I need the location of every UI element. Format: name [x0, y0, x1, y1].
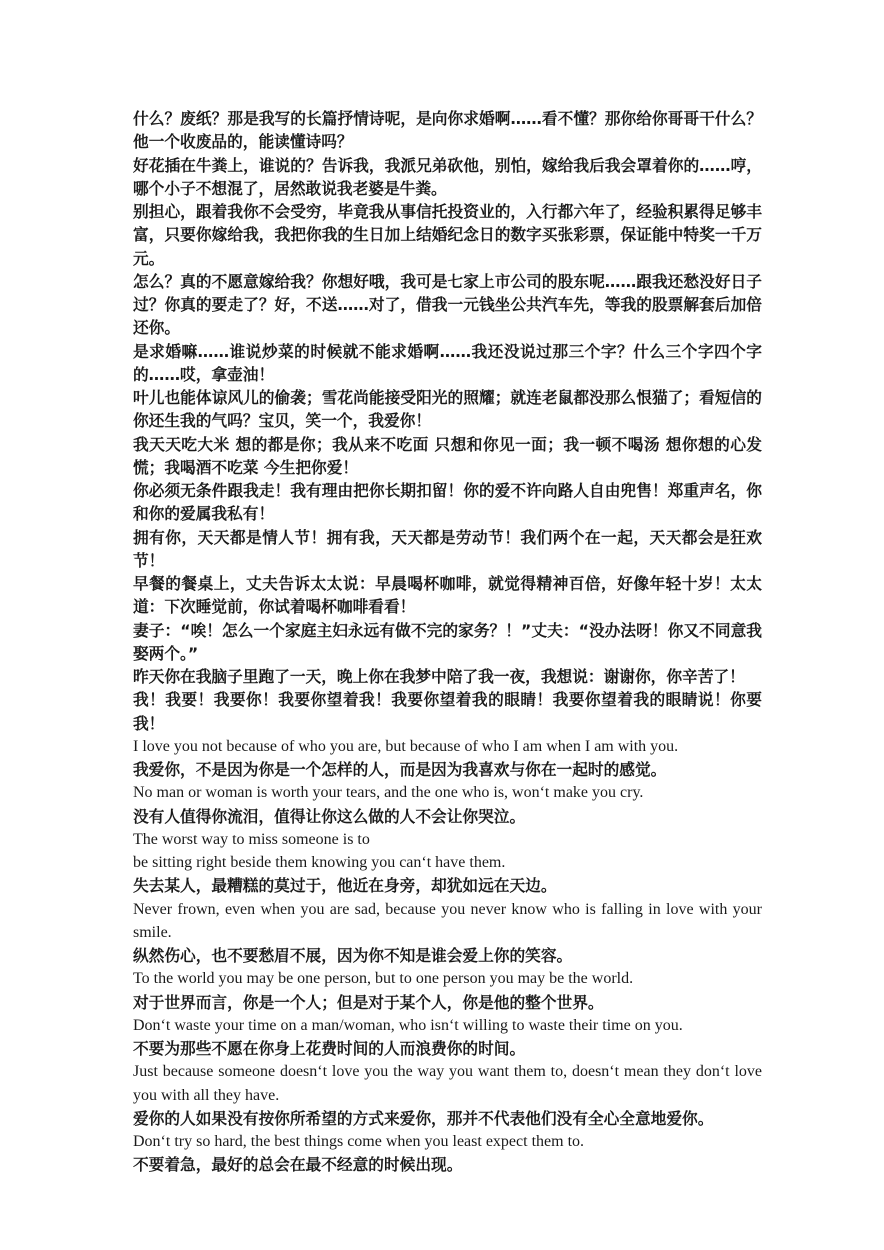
- paragraph: Don‘t waste your time on a man/woman, wh…: [133, 1014, 762, 1037]
- paragraph: 不要着急，最好的总会在最不经意的时候出现。: [133, 1153, 762, 1176]
- paragraph: 爱你的人如果没有按你所希望的方式来爱你，那并不代表他们没有全心全意地爱你。: [133, 1107, 762, 1130]
- paragraph: No man or woman is worth your tears, and…: [133, 781, 762, 804]
- paragraph: I love you not because of who you are, b…: [133, 735, 762, 758]
- paragraph: 妻子：“唉！怎么一个家庭主妇永远有做不完的家务？！”丈夫：“没办法呀！你又不同意…: [133, 619, 762, 666]
- paragraph: Don‘t try so hard, the best things come …: [133, 1130, 762, 1153]
- paragraph: 什么？废纸？那是我写的长篇抒情诗呢，是向你求婚啊……看不懂？那你给你哥哥干什么？…: [133, 107, 762, 154]
- paragraph: 你必须无条件跟我走！我有理由把你长期扣留！你的爱不许向路人自由兜售！郑重声名，你…: [133, 479, 762, 526]
- paragraph: 好花插在牛粪上，谁说的？告诉我，我派兄弟砍他，别怕，嫁给我后我会罩着你的……哼，…: [133, 154, 762, 201]
- paragraph: Never frown, even when you are sad, beca…: [133, 898, 762, 945]
- paragraph: 怎么？真的不愿意嫁给我？你想好哦，我可是七家上市公司的股东呢……跟我还愁没好日子…: [133, 270, 762, 340]
- paragraph: Just because someone doesn‘t love you th…: [133, 1060, 762, 1107]
- paragraph: 没有人值得你流泪，值得让你这么做的人不会让你哭泣。: [133, 805, 762, 828]
- paragraph: 别担心，跟着我你不会受穷，毕竟我从事信托投资业的，入行都六年了，经验积累得足够丰…: [133, 200, 762, 270]
- paragraph: 我！我要！我要你！我要你望着我！我要你望着我的眼睛！我要你望着我的眼睛说！你要我…: [133, 688, 762, 735]
- document-page: 什么？废纸？那是我写的长篇抒情诗呢，是向你求婚啊……看不懂？那你给你哥哥干什么？…: [0, 0, 884, 1250]
- text-block: 什么？废纸？那是我写的长篇抒情诗呢，是向你求婚啊……看不懂？那你给你哥哥干什么？…: [133, 107, 762, 1177]
- paragraph: 不要为那些不愿在你身上花费时间的人而浪费你的时间。: [133, 1037, 762, 1060]
- paragraph: 失去某人，最糟糕的莫过于，他近在身旁，却犹如远在天边。: [133, 874, 762, 897]
- paragraph: 拥有你，天天都是情人节！拥有我，天天都是劳动节！我们两个在一起，天天都会是狂欢节…: [133, 526, 762, 573]
- paragraph: 早餐的餐桌上，丈夫告诉太太说：早晨喝杯咖啡，就觉得精神百倍，好像年轻十岁！太太道…: [133, 572, 762, 619]
- paragraph: 叶儿也能体谅风儿的偷袭；雪花尚能接受阳光的照耀；就连老鼠都没那么恨猫了；看短信的…: [133, 386, 762, 433]
- paragraph: 昨天你在我脑子里跑了一天，晚上你在我梦中陪了我一夜，我想说：谢谢你，你辛苦了！: [133, 665, 762, 688]
- paragraph: be sitting right beside them knowing you…: [133, 851, 762, 874]
- paragraph: The worst way to miss someone is to: [133, 828, 762, 851]
- paragraph: To the world you may be one person, but …: [133, 967, 762, 990]
- paragraph: 纵然伤心，也不要愁眉不展，因为你不知是谁会爱上你的笑容。: [133, 944, 762, 967]
- paragraph: 是求婚嘛……谁说炒菜的时候就不能求婚啊……我还没说过那三个字？什么三个字四个字的…: [133, 340, 762, 387]
- paragraph: 我爱你，不是因为你是一个怎样的人，而是因为我喜欢与你在一起时的感觉。: [133, 758, 762, 781]
- paragraph: 我天天吃大米 想的都是你；我从来不吃面 只想和你见一面；我一顿不喝汤 想你想的心…: [133, 433, 762, 480]
- paragraph: 对于世界而言，你是一个人；但是对于某个人，你是他的整个世界。: [133, 991, 762, 1014]
